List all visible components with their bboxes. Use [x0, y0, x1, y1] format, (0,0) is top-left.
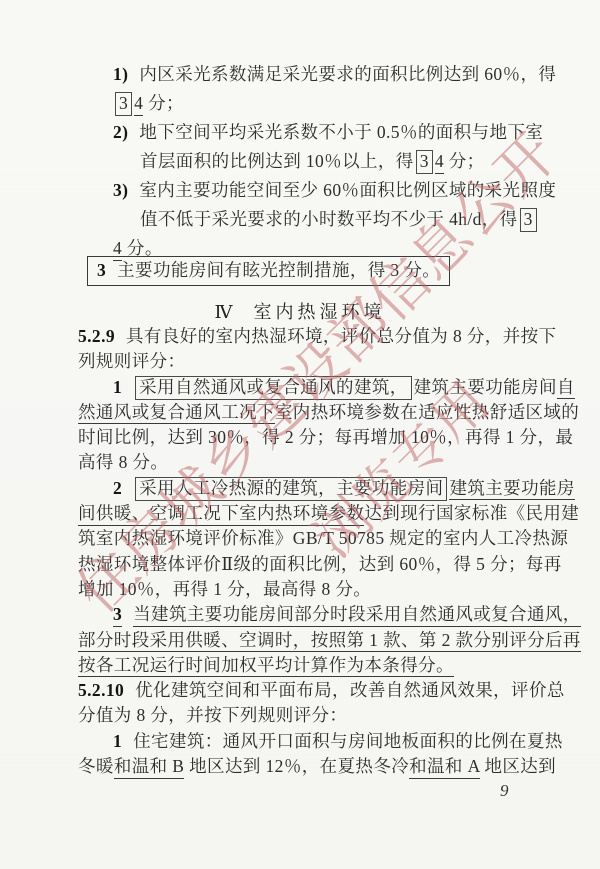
clause-529-text: 具有良好的室内热湿环境，评价总分值为 8 分，并按下	[126, 326, 556, 346]
item-2-text: 筑室内热湿环境评价标准》GB/T 50785 规定的室内人工冷热源	[78, 528, 568, 548]
subitem-3-text: 室内主要功能空间至少 60％面积比例区域的采光照度	[139, 180, 556, 200]
inserted-text: 部分时段采用供暖、空调时，按照第 1 款、第 2 款分别评分后再	[78, 630, 581, 653]
subitem-1-text: 内区采光系数满足采光要求的面积比例达到 60％，得	[139, 64, 556, 84]
residential-item-line-1: 1住宅建筑：通风开口面积与房间地板面积的比例在夏热	[113, 729, 538, 754]
residential-item-number: 1	[113, 731, 122, 751]
deleted-clause-number: 3	[97, 260, 106, 280]
score-tail: 分。	[122, 238, 163, 258]
deleted-text: 采用人工冷热源的建筑，主要功能房间	[135, 477, 447, 501]
score-tail: 分；	[444, 151, 485, 171]
subitem-2-line-1: 2)地下空间平均采光系数不小于 0.5％的面积与地下室	[113, 118, 600, 147]
item-1-text: 建筑主要功能房间	[414, 377, 557, 397]
inserted-text: 自	[557, 377, 575, 400]
item-3-line-1: 3当建筑主要功能房间部分时段采用自然通风或复合通风，	[113, 602, 538, 627]
item-1-number: 1	[113, 377, 122, 397]
subitem-1-number: 1)	[113, 64, 128, 84]
inserted-text: 和温和 A	[409, 756, 480, 779]
residential-item-line-2: 冬暖和温和 B 地区达到 12％，在夏热冬冷和温和 A 地区达到	[78, 754, 538, 779]
section-heading: Ⅳ室内热湿环境	[0, 298, 600, 324]
inserted-text: 然通风或复合通风工况下	[78, 402, 275, 425]
subitem-3-line-1: 3)室内主要功能空间至少 60％面积比例区域的采光照度	[113, 176, 600, 205]
subitem-2-wrap-text: 首层面积的比例达到 10％以上，得	[140, 151, 414, 171]
subitem-3-number: 3)	[113, 180, 128, 200]
page-number: 9	[500, 781, 509, 801]
item-2-number: 2	[113, 478, 122, 498]
inserted-text: 当建筑主要功能房间部分时段采用自然通风或复合通风，	[133, 604, 581, 627]
subitem-2-text: 地下空间平均采光系数不小于 0.5％的面积与地下室	[139, 122, 543, 142]
clause-5210-line-1: 5.2.10优化建筑空间和平面布局，改善自然通风效果，评价总	[78, 678, 538, 703]
item-2-text: 达到现行国家标准《民用建	[364, 503, 579, 523]
subitem-2-number: 2)	[113, 122, 128, 142]
residential-item-text: 地区达到	[480, 756, 556, 776]
item-2-text: 增加 10％，再得 1 分，最高得 8 分。	[78, 579, 371, 599]
residential-item-text: 地区达到 12％，在夏热冬冷	[184, 756, 409, 776]
item-1-text: 室内热环境参数在适应性热舒适区域的	[275, 402, 579, 422]
deleted-clause-text: 主要功能房间有眩光控制措施，得 3 分。	[117, 260, 440, 280]
clause-529-line-1: 5.2.9具有良好的室内热湿环境，评价总分值为 8 分，并按下	[78, 324, 538, 349]
subitem-3-wrap-text: 值不低于采光要求的小时数平均不少于 4h/d，得	[140, 209, 518, 229]
score-tail: 分；	[143, 93, 184, 113]
score-old-boxed: 3	[115, 92, 132, 116]
item-2-line-1: 2采用人工冷热源的建筑，主要功能房间建筑主要功能房	[113, 476, 538, 501]
item-1-line-2: 然通风或复合通风工况下室内热环境参数在适应性热舒适区域的	[78, 400, 538, 425]
item-2-line-3: 筑室内热湿环境评价标准》GB/T 50785 规定的室内人工冷热源	[78, 526, 538, 551]
item-1-line-3: 时间比例，达到 30％，得 2 分；每再增加 10％，再得 1 分，最	[78, 425, 538, 450]
subitem-3-line-2: 值不低于采光要求的小时数平均不少于 4h/d，得3	[140, 205, 600, 234]
clause-5210-number: 5.2.10	[78, 680, 124, 700]
item-1-text: 高得 8 分。	[78, 452, 168, 472]
item-3-line-3: 按各工况运行时间加权平均计算作为本条得分。	[78, 653, 538, 678]
item-1-text: 时间比例，达到 30％，得 2 分；每再增加 10％，再得 1 分，最	[78, 427, 573, 447]
item-2-line-4: 热湿环境整体评价Ⅱ级的面积比例，达到 60％，得 5 分；每再	[78, 552, 538, 577]
item-3-line-2: 部分时段采用供暖、空调时，按照第 1 款、第 2 款分别评分后再	[78, 628, 538, 653]
document-page: 1)内区采光系数满足采光要求的面积比例达到 60％，得 34 分； 2)地下空间…	[0, 0, 600, 869]
clause-529-number: 5.2.9	[78, 326, 115, 346]
deleted-text: 采用自然通风或复合通风的建筑，	[135, 376, 412, 400]
inserted-text: 间供暖、空调工况下室内热环境参数	[78, 503, 364, 526]
clause-529-line-2: 列规则评分：	[78, 349, 538, 374]
item-1-line-4: 高得 8 分。	[78, 450, 538, 475]
daylight-subitem-list: 1)内区采光系数满足采光要求的面积比例达到 60％，得 34 分； 2)地下空间…	[0, 60, 600, 263]
item-2-line-5: 增加 10％，再得 1 分，最高得 8 分。	[78, 577, 538, 602]
residential-item-text: 住宅建筑：通风开口面积与房间地板面积的比例在夏热	[133, 731, 563, 751]
clause-body: 5.2.9具有良好的室内热湿环境，评价总分值为 8 分，并按下 列规则评分： 1…	[78, 324, 538, 779]
clause-5210-line-2: 分值为 8 分，并按下列规则评分：	[78, 703, 538, 728]
inserted-text: 和温和 B	[114, 756, 185, 779]
section-title: 室内热湿环境	[253, 302, 385, 322]
score-new-underlined: 4	[134, 93, 143, 116]
subitem-1-line-2: 34 分；	[113, 89, 600, 118]
clause-5210-text: 分值为 8 分，并按下列规则评分：	[78, 705, 347, 725]
subitem-2-line-2: 首层面积的比例达到 10％以上，得34 分；	[140, 147, 600, 176]
subitem-1-line-1: 1)内区采光系数满足采光要求的面积比例达到 60％，得	[113, 60, 600, 89]
clause-5210-text: 优化建筑空间和平面布局，改善自然通风效果，评价总	[135, 680, 565, 700]
score-old-boxed: 3	[520, 208, 537, 232]
item-3-number: 3	[113, 604, 122, 627]
item-1-line-1: 1采用自然通风或复合通风的建筑，建筑主要功能房间自	[113, 375, 538, 400]
item-2-line-2: 间供暖、空调工况下室内热环境参数达到现行国家标准《民用建	[78, 501, 538, 526]
score-old-boxed: 3	[416, 150, 433, 174]
deleted-clause-box: 3主要功能房间有眩光控制措施，得 3 分。	[87, 256, 450, 286]
inserted-text: 按各工况运行时间加权平均计算作为本条得分。	[78, 655, 454, 678]
clause-529-text: 列规则评分：	[78, 351, 185, 371]
residential-item-text: 冬暖	[78, 756, 114, 776]
section-numeral: Ⅳ	[215, 302, 234, 322]
item-2-text: 热湿环境整体评价Ⅱ级的面积比例，达到 60％，得 5 分；每再	[78, 554, 562, 574]
inserted-text: 建筑主要功能房	[449, 478, 574, 501]
score-new-underlined: 4	[435, 151, 444, 174]
